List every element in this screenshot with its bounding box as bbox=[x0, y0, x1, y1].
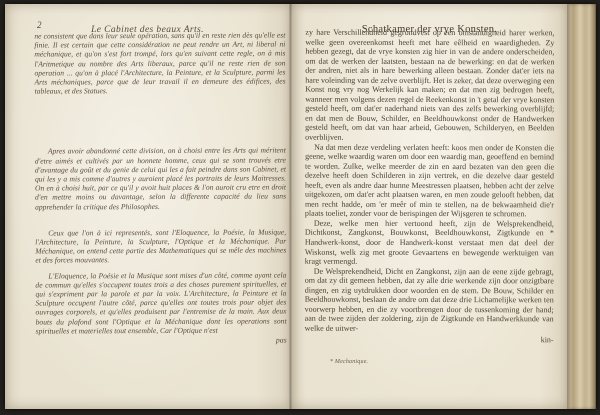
right-page: Schatkamer der vrye Konsten. zy hare Ver… bbox=[292, 4, 567, 409]
book-scan: 2 Le Cabinet des beaux Arts. ne consiste… bbox=[0, 0, 600, 415]
left-catchword: pas bbox=[36, 336, 287, 346]
footnote: * Mechanique. bbox=[330, 359, 368, 365]
right-paragraph-1: zy hare Verschillendheid gegrondvest op … bbox=[305, 28, 554, 143]
page-number: 2 bbox=[37, 20, 42, 30]
right-catchword: kin- bbox=[305, 334, 554, 344]
left-paragraph-3: Ceux que l'on à ici representés, sont l'… bbox=[35, 227, 286, 265]
left-text-block: ne consistent que dans leur seule opérat… bbox=[34, 30, 286, 345]
right-paragraph-4: De Welsprekendheid, Dicht en Zangkonst, … bbox=[305, 266, 554, 333]
right-paragraph-3: Deze, welke men hier vertoond heeft, zij… bbox=[305, 219, 554, 267]
left-paragraph-2: Apres avoir abandonné cette division, on… bbox=[35, 146, 286, 212]
left-paragraph-1: ne consistent que dans leur seule opérat… bbox=[34, 30, 285, 96]
left-paragraph-4: L'Eloquence, la Poésie et la Musique son… bbox=[35, 270, 286, 336]
book-spread: 2 Le Cabinet des beaux Arts. ne consiste… bbox=[5, 4, 596, 409]
right-text-block: zy hare Verschillendheid gegrondvest op … bbox=[305, 28, 555, 345]
left-page: 2 Le Cabinet des beaux Arts. ne consiste… bbox=[5, 4, 290, 409]
right-paragraph-2: Na dat men deze verdeling verlaten heeft… bbox=[305, 142, 554, 219]
book-fore-edge bbox=[567, 4, 596, 409]
